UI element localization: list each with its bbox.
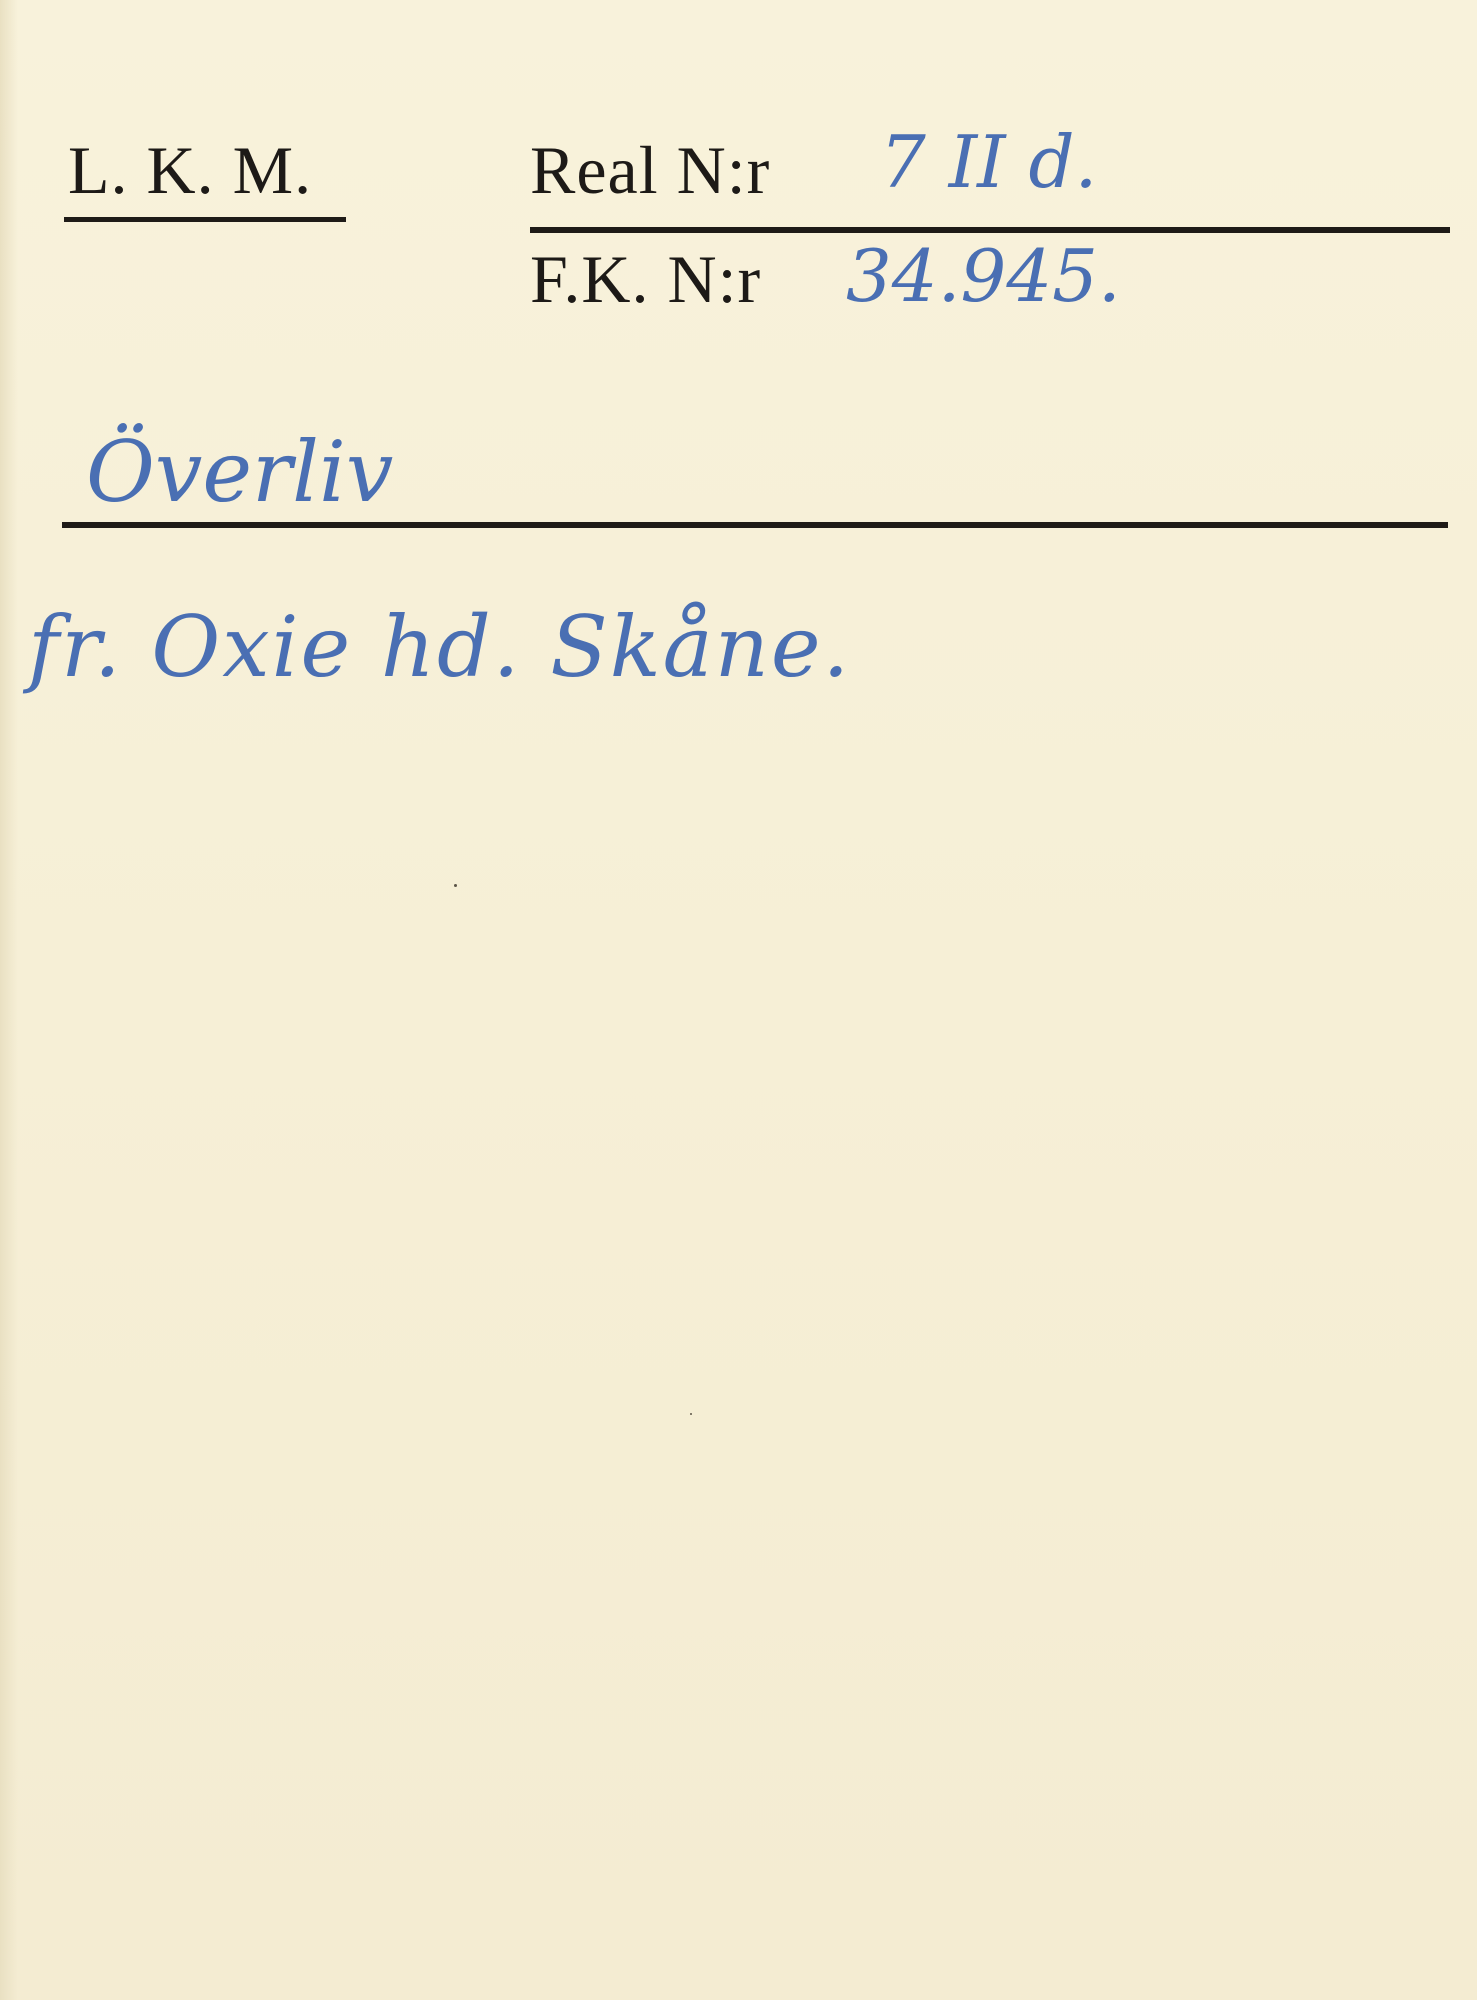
scan-speck (690, 1413, 692, 1415)
real-number-label: Real N:r (530, 136, 770, 204)
institution-underline (64, 217, 346, 222)
real-number-rule (530, 227, 1450, 233)
object-title: Överliv (86, 430, 393, 514)
institution-label: L. K. M. (68, 136, 312, 204)
card-edge-shadow (0, 0, 18, 2000)
scan-speck (454, 884, 457, 887)
real-number-value: 7 II d. (880, 126, 1097, 198)
catalog-card: L. K. M. Real N:r 7 II d. F.K. N:r 34.94… (0, 0, 1477, 2000)
fk-number-value: 34.945. (846, 240, 1121, 312)
fk-number-label: F.K. N:r (530, 245, 761, 313)
title-rule (62, 522, 1448, 528)
object-provenance: fr. Oxie hd. Skåne. (28, 605, 851, 689)
